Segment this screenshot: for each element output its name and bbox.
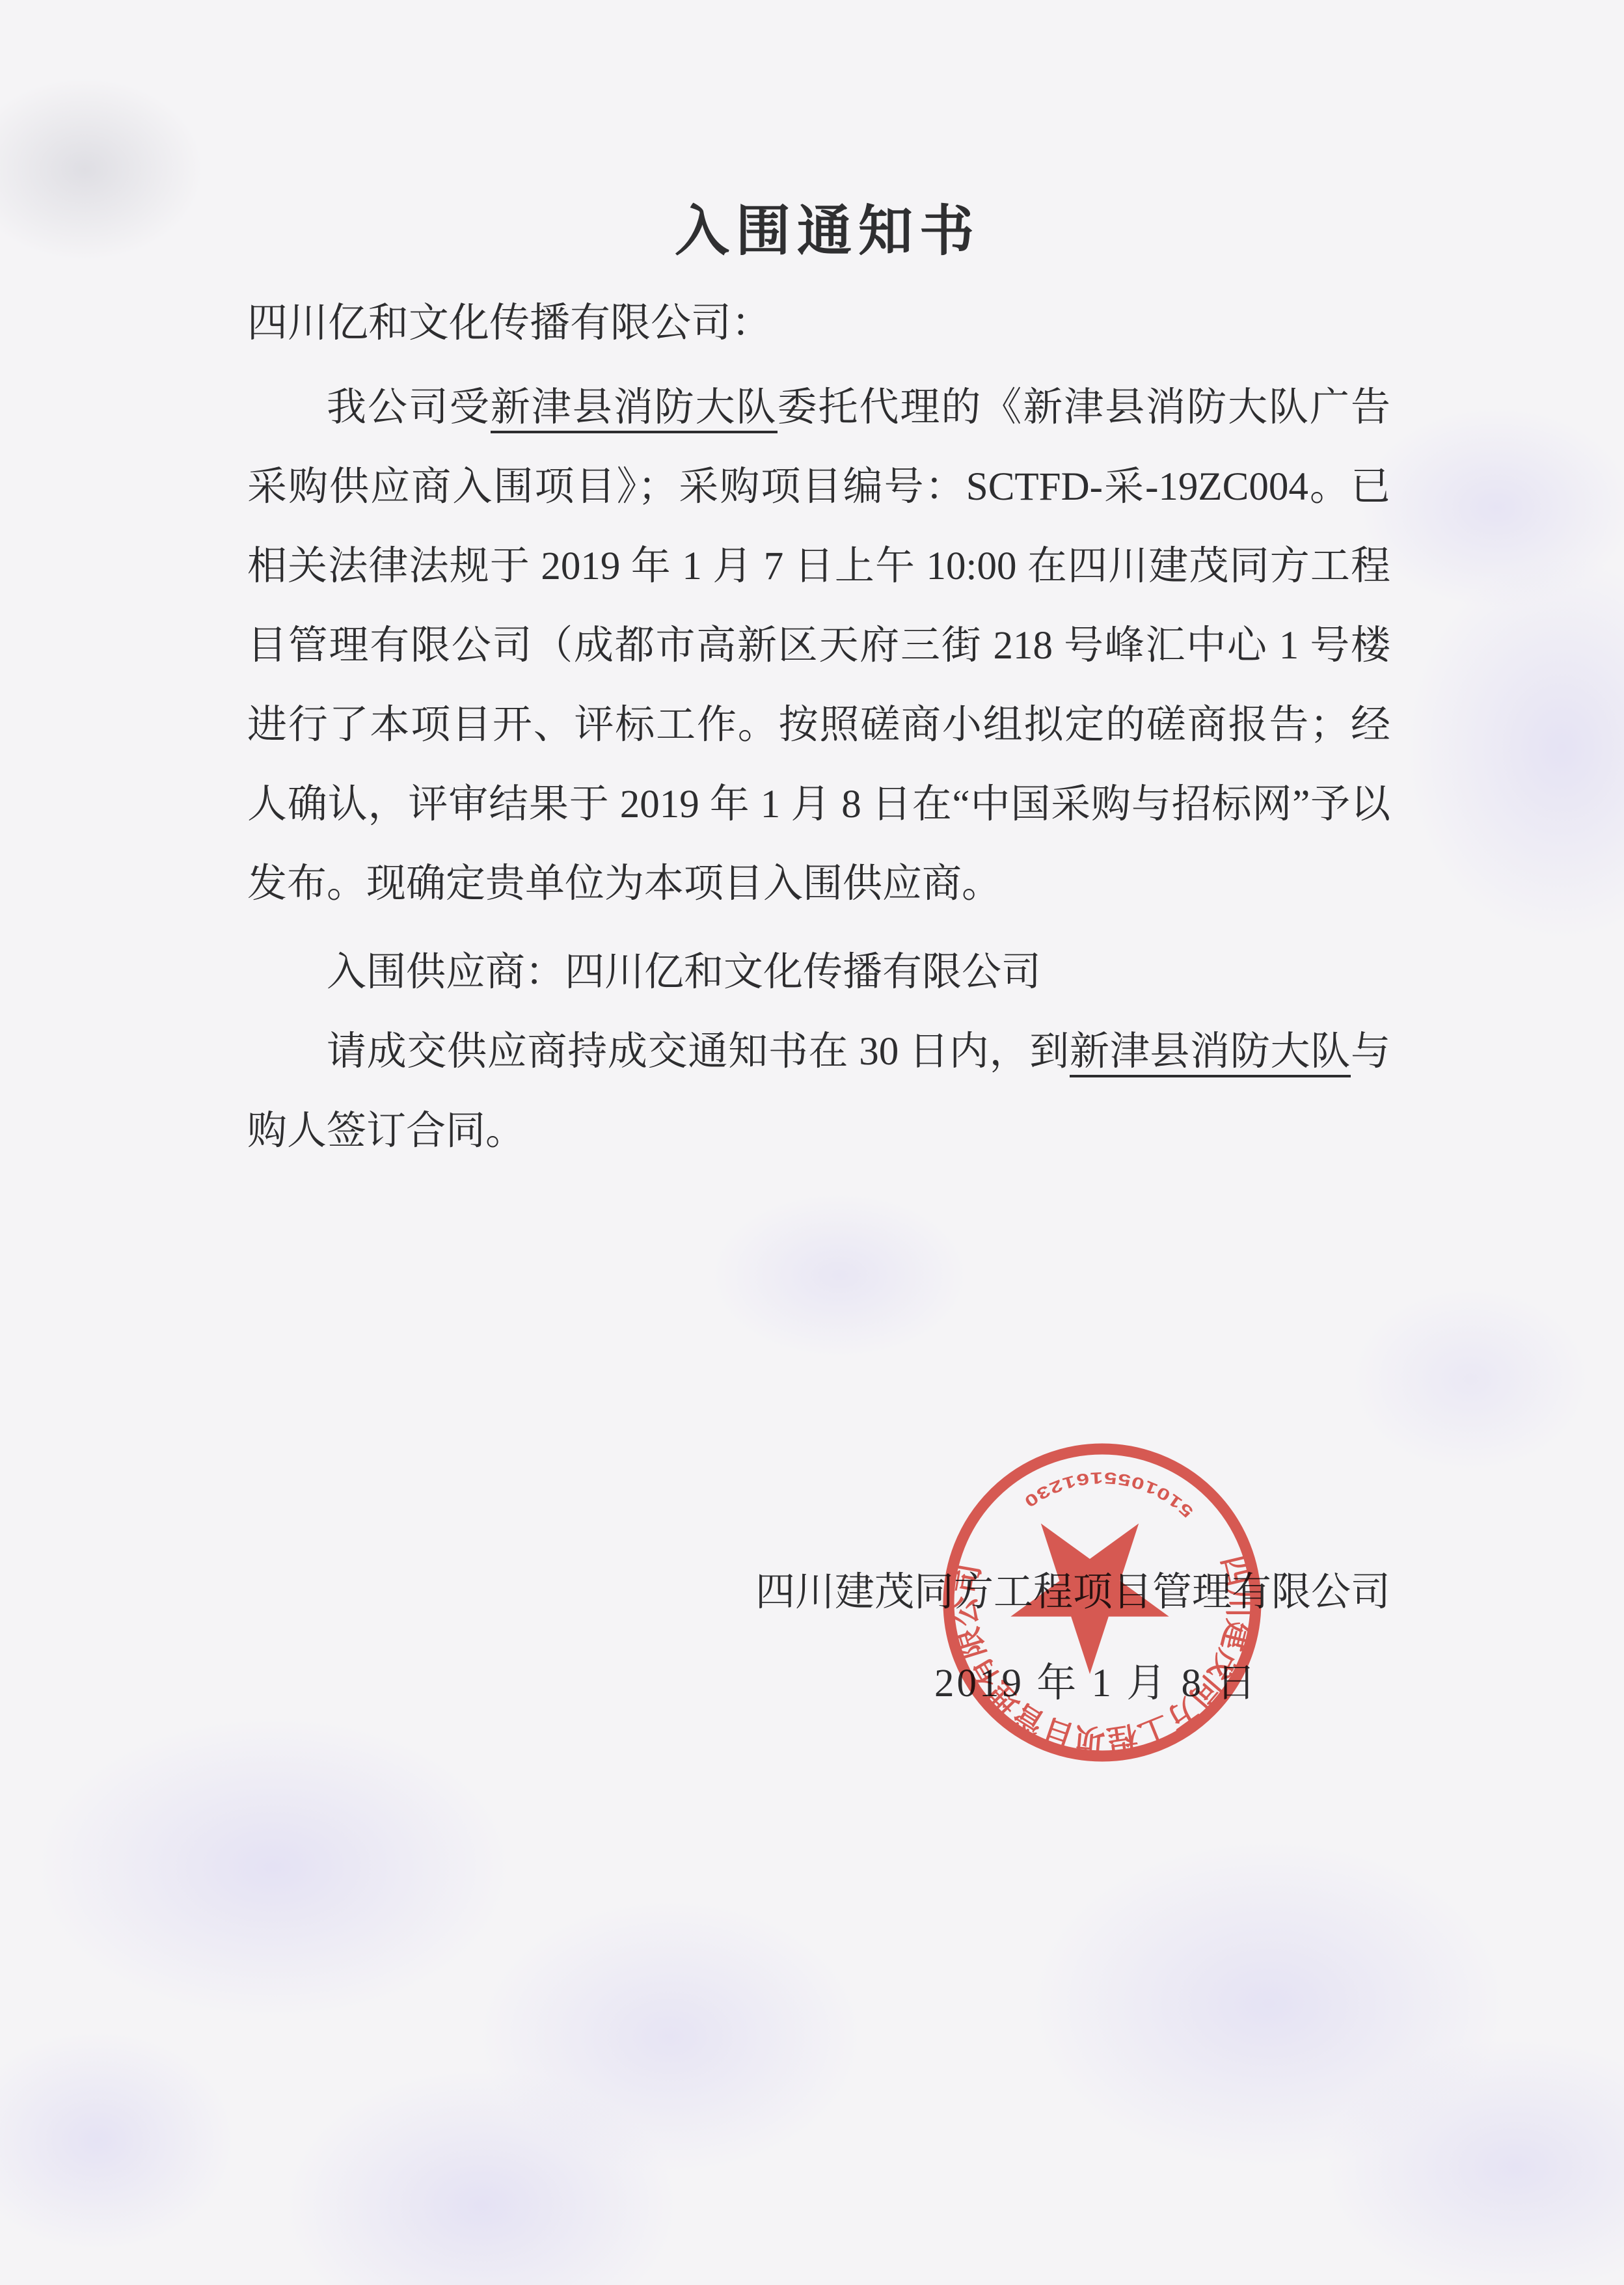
addressee-line: 四川亿和文化传播有限公司： bbox=[247, 301, 772, 346]
seal-serial-number: 5101055161230 bbox=[1020, 1468, 1197, 1521]
underlined-agency-name: 新津县消防大队 bbox=[491, 386, 778, 433]
page-title: 入围通知书 bbox=[675, 187, 981, 266]
body-line-2: 采购供应商入围项目》；采购项目编号：SCTFD-采-19ZC004。已按 bbox=[247, 448, 1390, 527]
body-line-1: 我公司受新津县消防大队委托代理的《新津县消防大队广告物料 bbox=[247, 368, 1390, 448]
body-line-5: 进行了本项目开、评标工作。按照磋商小组拟定的磋商报告；经采购 bbox=[247, 686, 1390, 765]
svg-text:5101055161230: 5101055161230 bbox=[1020, 1468, 1197, 1521]
body-line-9-pre: 请成交供应商持成交通知书在 30 日内，到 bbox=[327, 1030, 1070, 1074]
seal-star-icon bbox=[1010, 1524, 1169, 1675]
body-line-3: 相关法律法规于 2019 年 1 月 7 日上午 10:00 在四川建茂同方工程… bbox=[247, 527, 1390, 606]
body-line-9: 请成交供应商持成交通知书在 30 日内，到新津县消防大队与采 bbox=[247, 1012, 1390, 1092]
shortlisted-supplier-line: 入围供应商：四川亿和文化传播有限公司 bbox=[247, 933, 1390, 1012]
letter-body: 我公司受新津县消防大队委托代理的《新津县消防大队广告物料 采购供应商入围项目》；… bbox=[247, 368, 1390, 1171]
body-line-1-pre: 我公司受 bbox=[327, 386, 491, 429]
body-line-6: 人确认，评审结果于 2019 年 1 月 8 日在“中国采购与招标网”予以 bbox=[247, 765, 1390, 845]
body-line-4: 目管理有限公司（成都市高新区天府三街 218 号峰汇中心 1 号楼 19F） bbox=[247, 606, 1390, 686]
underlined-agency-name-2: 新津县消防大队 bbox=[1070, 1030, 1351, 1077]
body-line-7: 发布。现确定贵单位为本项目入围供应商。 bbox=[247, 845, 1390, 924]
body-line-10: 购人签订合同。 bbox=[247, 1092, 1390, 1171]
company-seal: 四川建茂同方工程项目管理有限公司 5101055161230 bbox=[933, 1433, 1271, 1772]
